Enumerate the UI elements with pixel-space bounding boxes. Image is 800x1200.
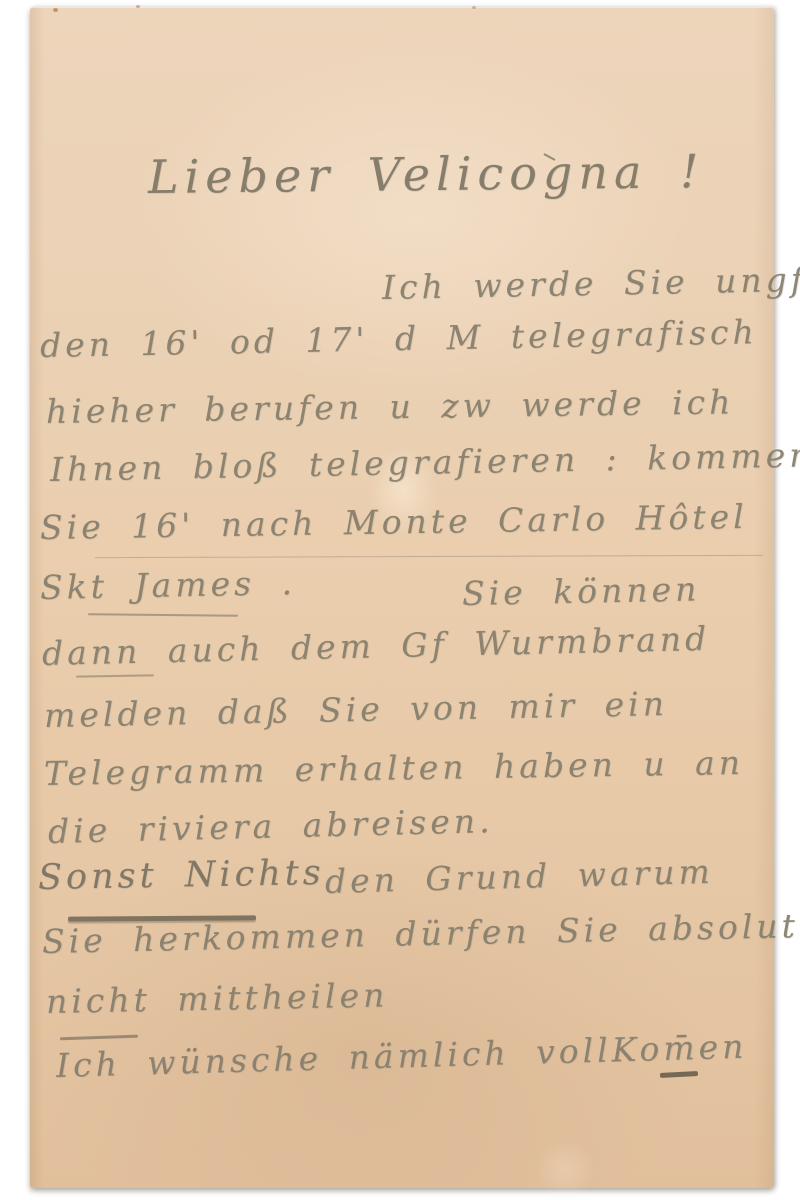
photo-background: Lieber Velicogna ! Ich werde Sie ungf de… <box>0 0 800 1200</box>
letter-line: Sonst Nichts <box>38 853 325 898</box>
salutation-line: Lieber Velicogna ! <box>148 144 705 204</box>
letter-line: Skt James . <box>40 563 297 607</box>
foxing-spot <box>53 8 58 12</box>
paper-blemish <box>535 1140 595 1200</box>
foxing-spot <box>472 6 476 9</box>
letter-line: Sie können <box>462 569 701 613</box>
letter-line: nicht mittheilen <box>46 975 389 1021</box>
foxing-spot <box>136 5 140 8</box>
letter-line: Ich werde Sie ungf <box>382 260 800 307</box>
